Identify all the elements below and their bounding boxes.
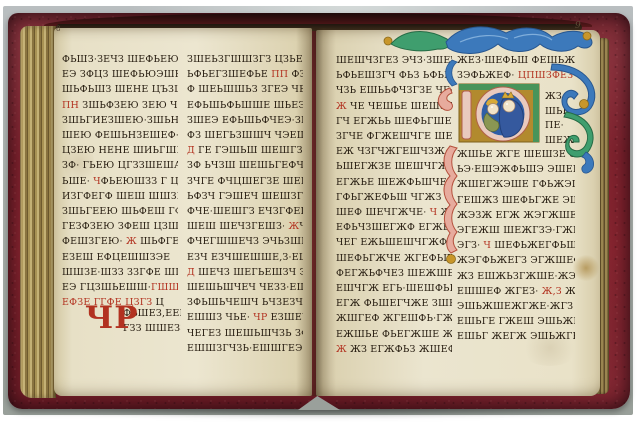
manuscript-line: ЧЕГ ЕЖЬШЕШЧГЖФЗ·ГЗ xyxy=(336,235,452,250)
manuscript-line: ФЕШЗГЕЮ· Ж ШЬФГЕЮ xyxy=(62,234,178,249)
manuscript-line: ФЧЕ·ШЕШГЗ ЕЧЗГФЕШ xyxy=(187,204,303,219)
manuscript-line: ЕЖШЬЕ ФЬЕГЖШЕ ЖГЕФ xyxy=(336,327,452,342)
manuscript-line: ЬФЗЧ ГЭШЕЧ ШЕШЗГФЬ xyxy=(187,189,303,204)
manuscript-line: ЕШЬГЕ ГЖЕШ ЭШЬЖГЕЗ xyxy=(457,314,575,329)
manuscript-line: ФЬШЗ·ЗЕЧЗ ШЕФЬЕЮЗ xyxy=(62,52,178,67)
manuscript-line: ЕШЧГЖ ЕГЬ·ШЕШФЬГЖЧ xyxy=(336,281,452,296)
manuscript-line: ШЕШ ШЕЧЗГЕШЗ· ЖЧЗ xyxy=(187,219,303,234)
manuscript-line: ГЕШЖЗ ШЕФЬГЖЕ ЭШЖЗ· xyxy=(457,193,575,208)
manuscript-line: ФЕГЖЬФЧЕЗ ШЕЖШЕГФ xyxy=(336,266,452,281)
manuscript-line: ЗЭФЬЖЕФ· ЦПШЗФЕЗ· xyxy=(457,68,575,83)
manuscript-line: ЕФЬЧЗШЕГЖФ ЕГЖЬФЧЕ xyxy=(336,220,452,235)
manuscript-line: ШЕЖ xyxy=(545,134,577,149)
manuscript-line: ЗШЕЬЗГШШЗГЗ ЦЗЬЕЗ xyxy=(187,52,303,67)
manuscript-line: ЕШШЕФ ЖГЕЗ· Ж,З ЖГЕ xyxy=(457,284,575,299)
left-page-column-1: ФЬШЗ·ЗЕЧЗ ШЕФЬЕЮЗЕЭ ЗФЦЗ ШЕФЬЮЭШЕЮ·ШЬФЬШ… xyxy=(62,52,178,310)
manuscript-line: ФЗ ШЕГЬЗШШЧ ЧЭЕШ· xyxy=(187,128,303,143)
manuscript-line: ЗШЕЭ ЕФЬШЬФЧЕЭ·ЗШ xyxy=(187,113,303,128)
manuscript-line: ЖЗ xyxy=(545,90,577,105)
right-page-column-2-top: ЖЕЗ·ШЕФЬШ ФЕШЬЖЗГШЗЭФЬЖЕФ· ЦПШЗФЕЗ· xyxy=(457,53,575,83)
manuscript-text-layer: ФЬШЗ·ЗЕЧЗ ШЕФЬЕЮЗЕЭ ЗФЦЗ ШЕФЬЮЭШЕЮ·ШЬФЬШ… xyxy=(0,0,637,422)
manuscript-line: ЭШЬЖШЕЖГЖЕ·ЖГЗ ЕЗ xyxy=(457,299,575,314)
right-page-column-2-main: ЖШЬЕ ЖГЕ ШЕШЗЕ ЭШЕЗЬЭ·ЕШЭЖФЬШЭ ЭШЕЬЖФЖШЕ… xyxy=(457,147,575,345)
manuscript-line: ГФЬГЖЕФЬШ ЧГЖЗ ФШЕ xyxy=(336,190,452,205)
manuscript-line: ЗШЬГИЕЗШЕЮ·ЗШЬНЗ xyxy=(62,113,178,128)
manuscript-line: ЗЧГЕ ФЧЦШЕГЗЕ ШЕЦЗ xyxy=(187,174,303,189)
manuscript-line: ЕШШЗ ЧЬЕ· ЧР ЕЗШЕЧ xyxy=(187,310,303,325)
manuscript-line: ГЕЗФЗЕЮ ЗФЕШ ЦЗШЬ xyxy=(62,219,178,234)
right-page-column-1: ШЕШЧЗГЕЗ ЭЧЗ·ЗШЕЧЗЬФЬЕШЗГЧ ФЬЗ ЬФЬШГЧЗЬ … xyxy=(336,53,452,357)
manuscript-line: ЕЖ ЧЗГЧЖГЕШЧЗЖ·ГЗЖ xyxy=(336,144,452,159)
manuscript-line: Д ШЕЧЗ ШЕГЬЕШЗЧ ЭШ xyxy=(187,265,303,280)
manuscript-line: ЗГЧЕ ФГЖЕШЧГЕ ШЕШЗ xyxy=(336,129,452,144)
manuscript-line: Ж ЧЕ ЧЕШЬЕ ШЕШЗГЧЕ xyxy=(336,99,452,114)
left-page-column-2: ЗШЕЬЗГШШЗГЗ ЦЗЬЕЗЬФЬЕГЗШЕФЬЕ ПП ФЗФФ ШЕЬ… xyxy=(187,52,303,356)
manuscript-line: ЕГЖ ФЬШЕГЧЖЕ ЗШЕГФ xyxy=(336,296,452,311)
manuscript-line: ЕШШЗГЧЗЬ·ЕШШГЕЭЕШ xyxy=(187,341,303,356)
manuscript-line: ЕЗЧ ЕЗЧШЕШШЕ,З·ЕШЧ xyxy=(187,250,303,265)
manuscript-line: ШЕШЧЗГЕЗ ЭЧЗ·ЗШЕЧЗ xyxy=(336,53,452,68)
manuscript-line: Ф ШЕЬШШЬЗ ЗГЕЭ ЧЕЗ xyxy=(187,82,303,97)
manuscript-line: ЗФЬШЬЧЕШЧ ЬЧЗЕЗЧГ xyxy=(187,295,303,310)
photo-of-glagolitic-manuscript: 8 9 ФЬШЗ·ЗЕЧЗ ШЕФЬЕЮЗЕЭ ЗФЦЗ ШЕФЬЮЭШЕЮ·Ш… xyxy=(0,0,637,422)
manuscript-line: ЖШЬЕ ЖГЕ ШЕШЗЕ ЭШЕЗ xyxy=(457,147,575,162)
manuscript-line: ШЕШЬШЧЕЧ ЧЕЗЗ·ЕШШ xyxy=(187,280,303,295)
manuscript-line: ШЕЮ ФЕШЬНЗЕШЕФ·ЪЗ xyxy=(62,128,178,143)
manuscript-line: ЕГЖЬЕ ШЕЖФЬШЧЕГ·ГЗ xyxy=(336,175,452,190)
manuscript-line: ЕШЬГ ЖЕГЖ ЭШЬЖГЕЗ· xyxy=(457,329,575,344)
manuscript-line: ЖШЕГЖЭШЕ ГФЬЖЭШФ·Ь xyxy=(457,177,575,192)
manuscript-line: ЧЗЬ ЕШЬЬФЧЗГЗЕ ЧЕ· xyxy=(336,83,452,98)
manuscript-line: ЬШЕ· ЧФЬЕЮШЗЗ Г ЦЗ xyxy=(62,174,178,189)
manuscript-line: ЖЗ ЕШЖЬЗГЖШЕ·ЖЭШЗ xyxy=(457,269,575,284)
manuscript-line: ЕФЬШЬФЬШШЕ ШЬЕЭЬГ xyxy=(187,98,303,113)
manuscript-line: ЗФ ЬЧЗШ ШЕШЬГЕФЧЗ xyxy=(187,158,303,173)
manuscript-line: ШШЗЕ·ШЗЗ ЗЗГФЕ ШШЗ xyxy=(62,265,178,280)
manuscript-line: ПН ЗШЬФЗЕЮ ЗЕЮ ЧЗШ xyxy=(62,98,178,113)
manuscript-line: ЭГЗ· Ч ШЕФЬЖЕГФЬШЕЗ xyxy=(457,238,575,253)
manuscript-line: ЧЕГЕЗ ШЕШЬШЧЗЬ ЗФ xyxy=(187,326,303,341)
manuscript-line: ШЕФЬГЖЧЕ ЖГЕФЬШЧГЗ xyxy=(336,251,452,266)
manuscript-line: ЕЭ ЗФЦЗ ШЕФЬЮЭШЕЮ· xyxy=(62,67,178,82)
manuscript-line: ЖЭЗЖ ЕГЖ ЖЭГЖШЕФЬ·Г xyxy=(457,208,575,223)
manuscript-line: ИЗГФЕГФ ШЕШ ШШЗГЗЕИ xyxy=(62,189,178,204)
manuscript-line: ЦЗЕЮ НЕНЕ ШИЬГШЕЗ xyxy=(62,143,178,158)
manuscript-line: ПЕ· xyxy=(545,119,577,134)
manuscript-line: ЗШЬГЕЕЮ ШЬФЕШ ГФЬЗ xyxy=(62,204,178,219)
manuscript-line: ЬФЬЕШЗГЧ ФЬЗ ЬФЬШГ xyxy=(336,68,452,83)
manuscript-line: ШЕФ ШЕЧГЖЧЕ· Ч ЖГ xyxy=(336,205,452,220)
manuscript-line: ЖЭГФЬЖЕГЗ ЭГЖШЕФЬГ xyxy=(457,253,575,268)
manuscript-line: ЗФ· ГЬЕЮ ЦГЗЗШЕША xyxy=(62,158,178,173)
manuscript-line: ЕЭ ГЦЗШЬЕШШ·ГШШЗФ xyxy=(62,280,178,295)
manuscript-line: ШЬЕ xyxy=(545,105,577,120)
manuscript-line: ЕЗЕШ ЕФЦЕШШЗЭЕ xyxy=(62,250,178,265)
manuscript-line: ЬЭ·ЕШЭЖФЬШЭ ЭШЕЬЖФ xyxy=(457,162,575,177)
large-red-initial: ЧР xyxy=(85,303,139,333)
manuscript-line: ЬШЕГЖЗЕ ШЕШЧГЖЧЕГЖ xyxy=(336,159,452,174)
manuscript-line: Ж ЖЗ ЕГЖФЬЗ ЖШЕФЧ xyxy=(336,342,452,357)
manuscript-line: ЬФЬЕГЗШЕФЬЕ ПП ФЗФ xyxy=(187,67,303,82)
manuscript-line: Д ГЕ ГЭШЬШ ШЕШГЗЕЭ xyxy=(187,143,303,158)
manuscript-line: ШЬФЬШЗ ШЕНЕ ЦЪЗШЬЕ· xyxy=(62,82,178,97)
manuscript-line: ФЧЕГШШЕЧЗ ЭЧЬЗШЕЭ xyxy=(187,234,303,249)
manuscript-line: ЭГЕЖШ ШЕЖГЗЭ·ГЖЕШФ xyxy=(457,223,575,238)
manuscript-line: ЖЕЗ·ШЕФЬШ ФЕШЬЖЗГШ xyxy=(457,53,575,68)
right-page-column-2-beside-initial: ЖЗШЬЕПЕ·ШЕЖ xyxy=(545,90,577,148)
manuscript-line: ЖШГЕФ ЖГЕШФЬ·ГЖЕШЧ xyxy=(336,311,452,326)
manuscript-line: ГЧ ЕГЖЬЬ ШЕФЬГШЕЧЗ· xyxy=(336,114,452,129)
